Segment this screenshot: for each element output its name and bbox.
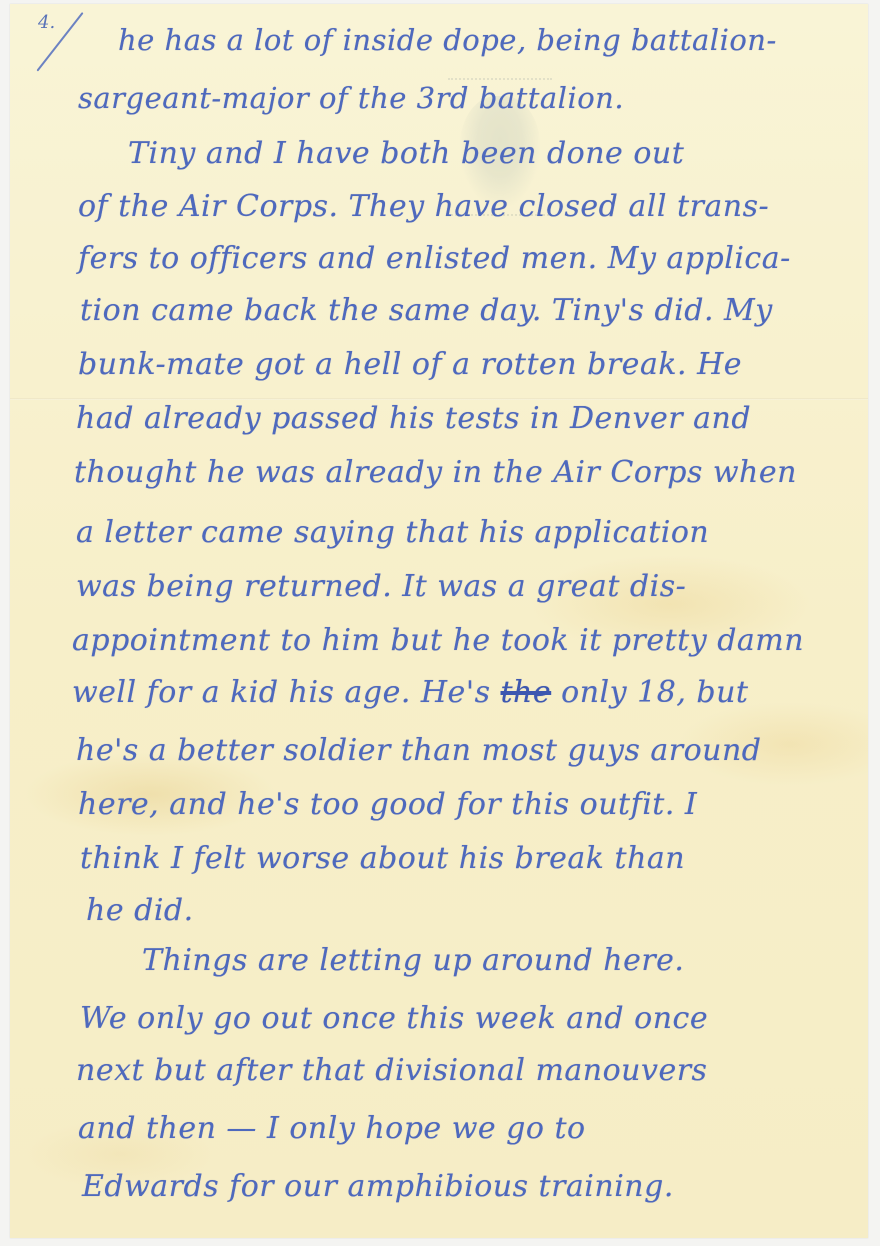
letter-line: was being returned. It was a great dis- [76,572,686,602]
letter-line: a letter came saying that his applicatio… [76,518,709,548]
struck-word: the [501,675,552,710]
letter-line: We only go out once this week and once [80,1004,708,1034]
letter-line: fers to officers and enlisted men. My ap… [78,244,791,274]
letter-line: next but after that divisional manouvers [76,1056,707,1086]
line-text-after: only 18, but [551,675,748,710]
letter-line: Things are letting up around here. [142,946,684,976]
letter-line: he has a lot of inside dope, being batta… [118,26,777,55]
letter-page: 4. he has a lot of inside dope, being ba… [10,4,868,1238]
letter-body: he has a lot of inside dope, being batta… [10,4,868,1238]
letter-line: Edwards for our amphibious training. [82,1172,674,1202]
letter-line: appointment to him but he took it pretty… [72,626,804,656]
letter-line: and then — I only hope we go to [78,1114,586,1144]
letter-line: think I felt worse about his break than [80,844,685,874]
letter-line: here, and he's too good for this outfit.… [78,790,697,820]
letter-line: tion came back the same day. Tiny's did.… [80,296,773,326]
letter-line-with-strikethrough: well for a kid his age. He's the only 18… [72,678,748,708]
line-text-before: well for a kid his age. He's [72,675,501,710]
letter-line: he did. [86,896,194,926]
letter-line: bunk-mate got a hell of a rotten break. … [78,350,742,380]
letter-line: he's a better soldier than most guys aro… [76,736,762,766]
letter-line: thought he was already in the Air Corps … [74,458,797,488]
letter-line: Tiny and I have both been done out [128,139,684,169]
letter-line: sargeant-major of the 3rd battalion. [78,84,624,113]
letter-line: of the Air Corps. They have closed all t… [78,192,769,222]
letter-line: had already passed his tests in Denver a… [76,404,751,434]
